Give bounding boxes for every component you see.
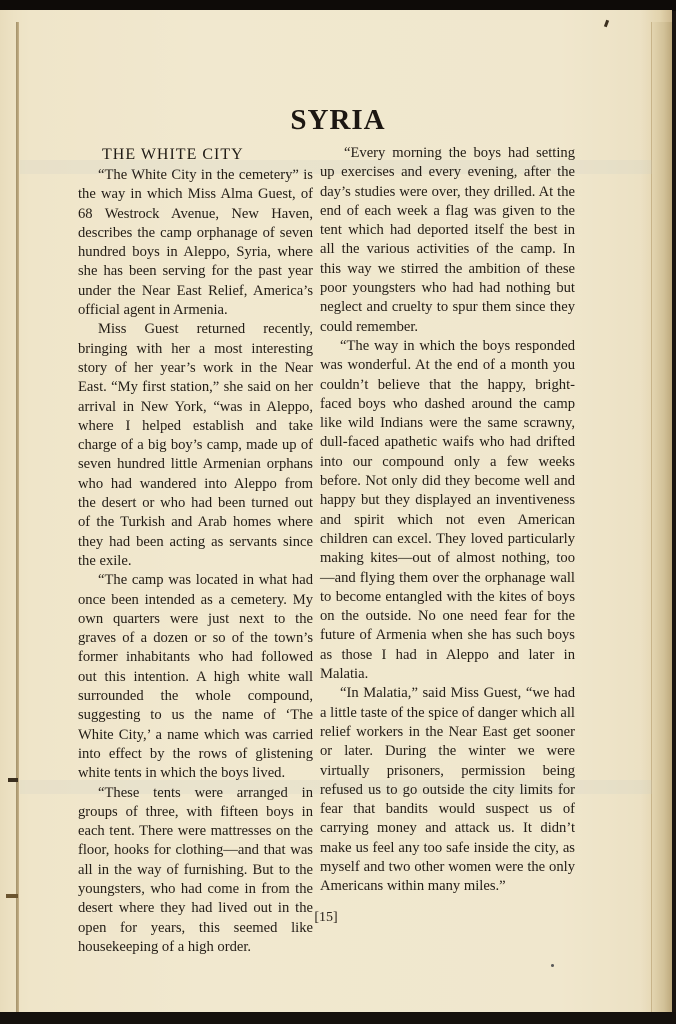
binding-stitch-mark	[6, 894, 18, 898]
binding-gutter	[16, 22, 19, 1022]
paragraph: “The way in which the boys responded was…	[320, 337, 575, 684]
ink-speck	[604, 20, 609, 28]
paragraph: “These tents were arranged in groups of …	[78, 784, 313, 958]
left-text-column: THE WHITE CITY “The White City in the ce…	[78, 144, 313, 957]
paragraph: “Every morning the boys had setting up e…	[320, 144, 575, 337]
paragraph: “In Malatia,” said Miss Guest, “we had a…	[320, 684, 575, 896]
paragraph: “The camp was located in what had once b…	[78, 571, 313, 783]
right-text-column: “Every morning the boys had setting up e…	[320, 144, 575, 897]
paragraph: Miss Guest returned recently, bringing w…	[78, 320, 313, 571]
page-title: SYRIA	[0, 104, 676, 137]
page-fore-edge	[652, 22, 672, 1022]
binding-stitch-mark	[8, 778, 18, 782]
section-heading: THE WHITE CITY	[102, 144, 313, 166]
paragraph: “The White City in the cemetery” is the …	[78, 166, 313, 320]
page-number: [15]	[0, 910, 652, 926]
scan-bottom-border	[0, 1012, 676, 1024]
ink-speck	[551, 964, 554, 967]
